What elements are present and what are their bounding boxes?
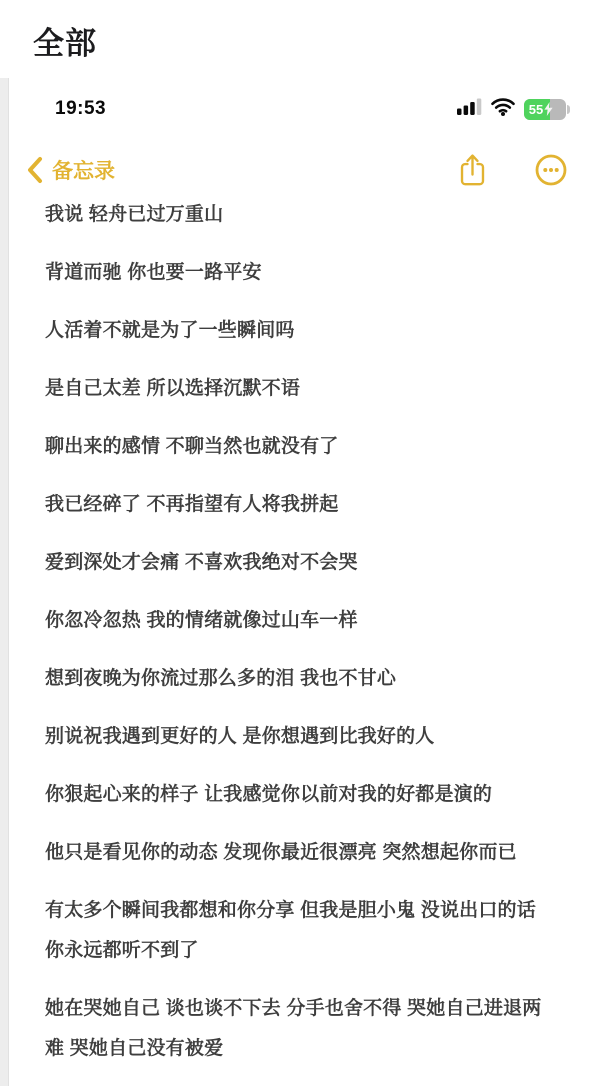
charging-bolt-icon [544, 102, 553, 116]
status-bar: 19:53 [0, 96, 570, 122]
battery-cap [567, 105, 570, 114]
note-paragraph: 你狠起心来的样子 让我感觉你以前对我的好都是演的 [45, 775, 554, 815]
cellular-signal-icon [457, 98, 482, 120]
share-button[interactable] [457, 152, 488, 188]
battery-icon: 55 [524, 99, 570, 120]
page-title: 全部 [33, 18, 97, 63]
battery-percent: 55 [529, 102, 543, 117]
wifi-icon [491, 98, 515, 121]
note-paragraph: 我说 轻舟已过万重山 [45, 195, 554, 235]
note-paragraph: 背道而驰 你也要一路平安 [45, 253, 554, 293]
note-paragraph: 聊出来的感情 不聊当然也就没有了 [45, 427, 554, 467]
back-button[interactable]: 备忘录 [26, 155, 115, 185]
status-time: 19:53 [55, 98, 106, 120]
notes-screenshot: 19:53 [0, 78, 595, 1086]
ellipsis-circle-icon [534, 175, 568, 190]
note-paragraph: 有太多个瞬间我都想和你分享 但我是胆小鬼 没说出口的话你永远都听不到了 [45, 891, 554, 971]
back-button-label: 备忘录 [52, 155, 115, 185]
photo-edge-strip [0, 78, 9, 1086]
note-paragraph: 是自己太差 所以选择沉默不语 [45, 369, 554, 409]
note-paragraph: 我已经碎了 不再指望有人将我拼起 [45, 485, 554, 525]
share-icon [457, 176, 488, 191]
note-content[interactable]: 我说 轻舟已过万重山 背道而驰 你也要一路平安 人活着不就是为了一些瞬间吗 是自… [45, 195, 554, 1086]
note-paragraph: 你忽冷忽热 我的情绪就像过山车一样 [45, 601, 554, 641]
status-icons: 55 [457, 98, 570, 121]
chevron-left-icon [26, 156, 43, 184]
note-paragraph: 爱到深处才会痛 不喜欢我绝对不会哭 [45, 543, 554, 583]
note-paragraph: 别说祝我遇到更好的人 是你想遇到比我好的人 [45, 717, 554, 757]
nav-actions [457, 152, 568, 188]
more-button[interactable] [534, 153, 568, 187]
note-paragraph: 人活着不就是为了一些瞬间吗 [45, 311, 554, 351]
note-paragraph: 她在哭她自己 谈也谈不下去 分手也舍不得 哭她自己进退两难 哭她自己没有被爱 [45, 989, 554, 1069]
note-paragraph: 想到夜晚为你流过那么多的泪 我也不甘心 [45, 659, 554, 699]
nav-bar: 备忘录 [26, 146, 568, 194]
note-paragraph: 他只是看见你的动态 发现你最近很漂亮 突然想起你而已 [45, 833, 554, 873]
